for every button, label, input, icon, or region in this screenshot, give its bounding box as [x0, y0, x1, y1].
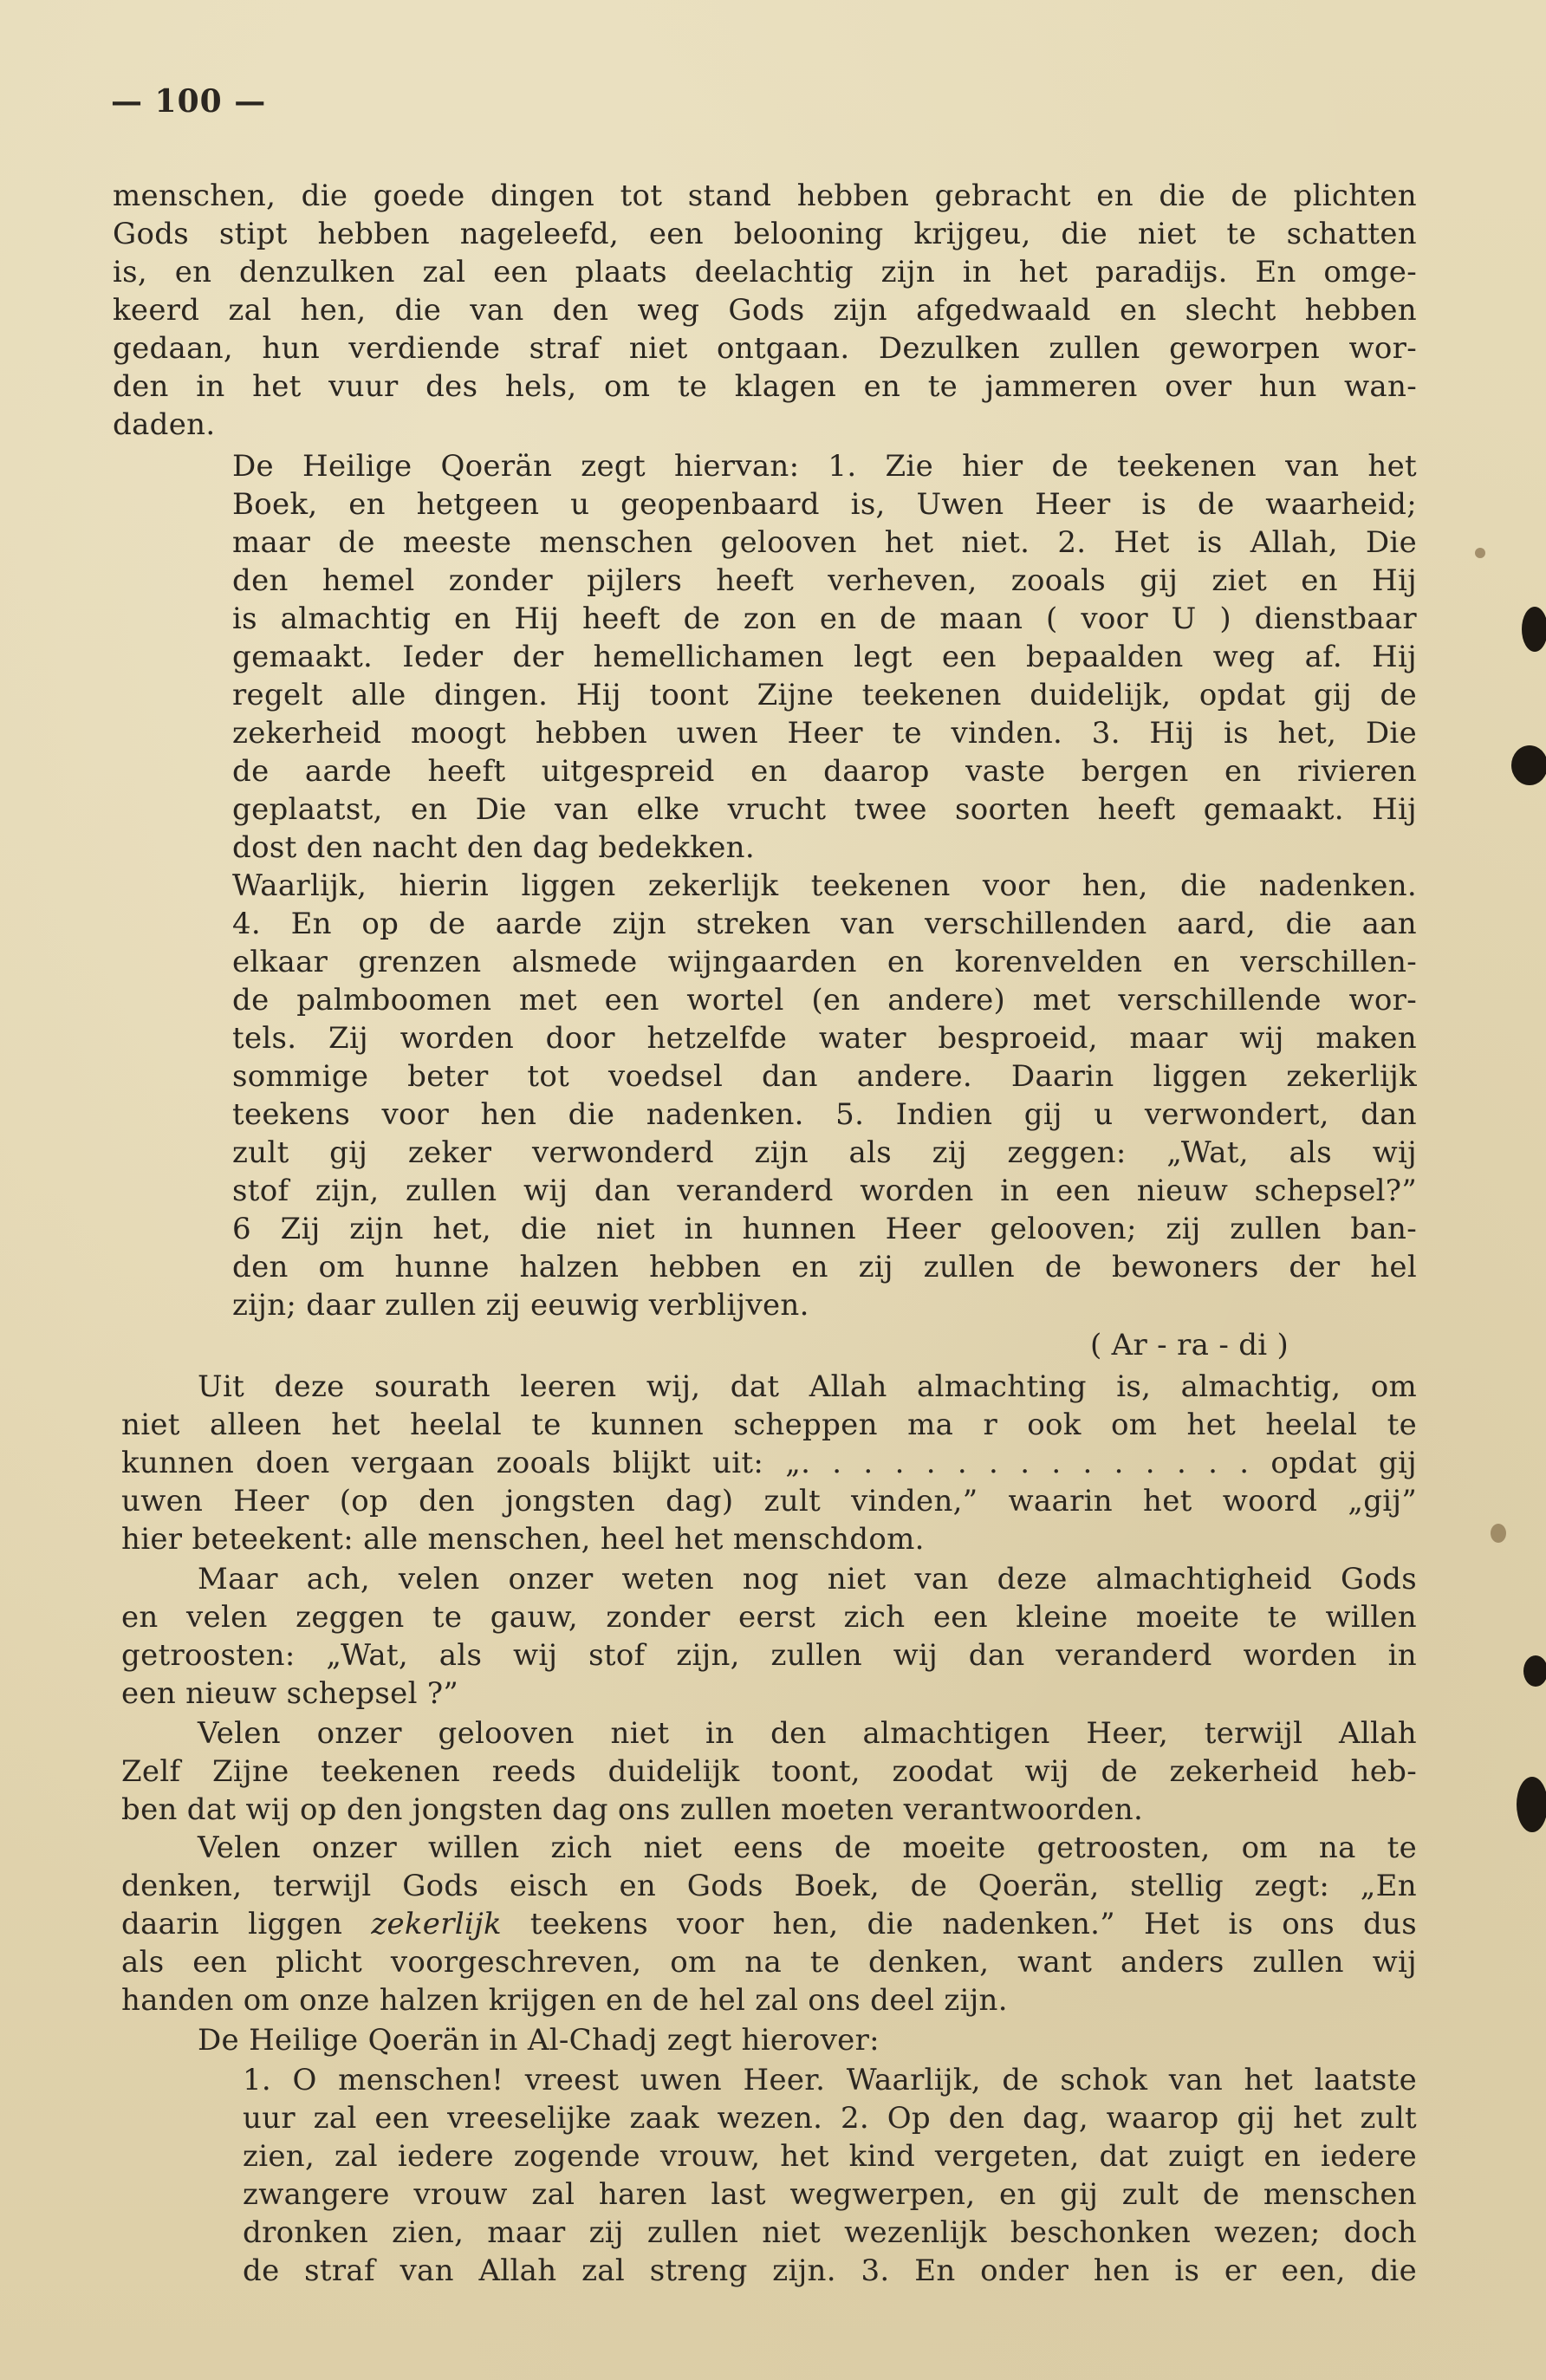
text-line: stof zijn, zullen wij dan veranderd word… — [232, 1174, 1417, 1208]
text-line: regelt alle dingen. Hij toont Zijne teek… — [232, 678, 1417, 712]
text-line: 6 Zij zijn het, die niet in hunnen Heer … — [232, 1212, 1417, 1246]
text-line: Maar ach, velen onzer weten nog niet van… — [198, 1562, 1417, 1596]
text-line: elkaar grenzen alsmede wijngaarden en ko… — [232, 945, 1417, 979]
text-line: maar de meeste menschen gelooven het nie… — [232, 525, 1417, 560]
text-line: Boek, en hetgeen u geopenbaard is, Uwen … — [232, 487, 1417, 522]
text-line: 1. O menschen! vreest uwen Heer. Waarlij… — [243, 2063, 1417, 2097]
text-line: getroosten: „Wat, als wij stof zijn, zul… — [121, 1638, 1417, 1673]
text-line: dronken zien, maar zij zullen niet wezen… — [243, 2215, 1417, 2250]
text-line: zekerheid moogt hebben uwen Heer te vind… — [232, 716, 1417, 751]
text-line: Gods stipt hebben nageleefd, een belooni… — [113, 217, 1417, 251]
text-line: De Heilige Qoerän in Al-Chadj zegt hiero… — [198, 2023, 1417, 2058]
ink-blot-decoration — [1522, 607, 1546, 652]
emphasized-word: zekerlijk — [371, 1907, 502, 1941]
text-line: Velen onzer willen zich niet eens de moe… — [198, 1831, 1417, 1865]
page-number: — 100 — — [111, 83, 266, 120]
text-line: Uit deze sourath leeren wij, dat Allah a… — [198, 1369, 1417, 1404]
text-line: tels. Zij worden door hetzelfde water be… — [232, 1021, 1417, 1056]
stain-decoration — [1475, 548, 1485, 558]
text-line: 4. En op de aarde zijn streken van versc… — [232, 907, 1417, 941]
text-line: zijn; daar zullen zij eeuwig verblijven. — [232, 1288, 1417, 1323]
text-line: Zelf Zijne teekenen reeds duidelijk toon… — [121, 1754, 1417, 1789]
text-line: Waarlijk, hierin liggen zekerlijk teeken… — [232, 868, 1417, 903]
text-line: uur zal een vreeselijke zaak wezen. 2. O… — [243, 2101, 1417, 2136]
text-line: als een plicht voorgeschreven, om na te … — [121, 1945, 1417, 1980]
ink-blot-decoration — [1523, 1655, 1546, 1687]
text-line: daarin liggen zekerlijk teekens voor hen… — [121, 1907, 1417, 1941]
text-line: hier beteekent: alle menschen, heel het … — [121, 1522, 1417, 1557]
ink-blot-decoration — [1511, 745, 1546, 785]
text-line: den in het vuur des hels, om te klagen e… — [113, 369, 1417, 404]
text-line: de palmboomen met een wortel (en andere)… — [232, 983, 1417, 1018]
text-line: zwangere vrouw zal haren last wegwerpen,… — [243, 2177, 1417, 2212]
text-line: de straf van Allah zal streng zijn. 3. E… — [243, 2253, 1417, 2288]
text-line: gemaakt. Ieder der hemellichamen legt ee… — [232, 640, 1417, 674]
text-line: daden. — [113, 407, 1417, 442]
text-line: is almachtig en Hij heeft de zon en de m… — [232, 602, 1417, 636]
text-line: uwen Heer (op den jongsten dag) zult vin… — [121, 1484, 1417, 1518]
text-line: menschen, die goede dingen tot stand heb… — [113, 179, 1417, 213]
text-line: dost den nacht den dag bedekken. — [232, 830, 1417, 865]
ink-blot-decoration — [1517, 1777, 1546, 1832]
text-line: ben dat wij op den jongsten dag ons zull… — [121, 1792, 1417, 1827]
text-line: den hemel zonder pijlers heeft verheven,… — [232, 563, 1417, 598]
text-line: den om hunne halzen hebben en zij zullen… — [232, 1250, 1417, 1284]
text-line: kunnen doen vergaan zooals blijkt uit: „… — [121, 1446, 1417, 1480]
text-line: zien, zal iedere zogende vrouw, het kind… — [243, 2139, 1417, 2174]
text-line: gedaan, hun verdiende straf niet ontgaan… — [113, 331, 1417, 366]
text-line: keerd zal hen, die van den weg Gods zijn… — [113, 293, 1417, 328]
text-line: teekens voor hen die nadenken. 5. Indien… — [232, 1097, 1417, 1132]
text-line: is, en denzulken zal een plaats deelacht… — [113, 255, 1417, 289]
text-line: Velen onzer gelooven niet in den almacht… — [198, 1716, 1417, 1751]
text-line: niet alleen het heelal te kunnen scheppe… — [121, 1408, 1417, 1442]
text-line: denken, terwijl Gods eisch en Gods Boek,… — [121, 1869, 1417, 1903]
text-line: een nieuw schepsel ?” — [121, 1676, 1417, 1711]
text-line: en velen zeggen te gauw, zonder eerst zi… — [121, 1600, 1417, 1635]
text-line: sommige beter tot voedsel dan andere. Da… — [232, 1059, 1417, 1094]
text-line: geplaatst, en Die van elke vrucht twee s… — [232, 792, 1417, 827]
text-line: handen om onze halzen krijgen en de hel … — [121, 1983, 1417, 2018]
stain-decoration — [1491, 1524, 1506, 1543]
quote-source: ( Ar - ra - di ) — [1090, 1328, 1350, 1362]
text-line: de aarde heeft uitgespreid en daarop vas… — [232, 754, 1417, 789]
text-line: zult gij zeker verwonderd zijn als zij z… — [232, 1135, 1417, 1170]
text-line: De Heilige Qoerän zegt hiervan: 1. Zie h… — [232, 449, 1417, 484]
book-page: — 100 — menschen, die goede dingen tot s… — [0, 0, 1546, 2380]
